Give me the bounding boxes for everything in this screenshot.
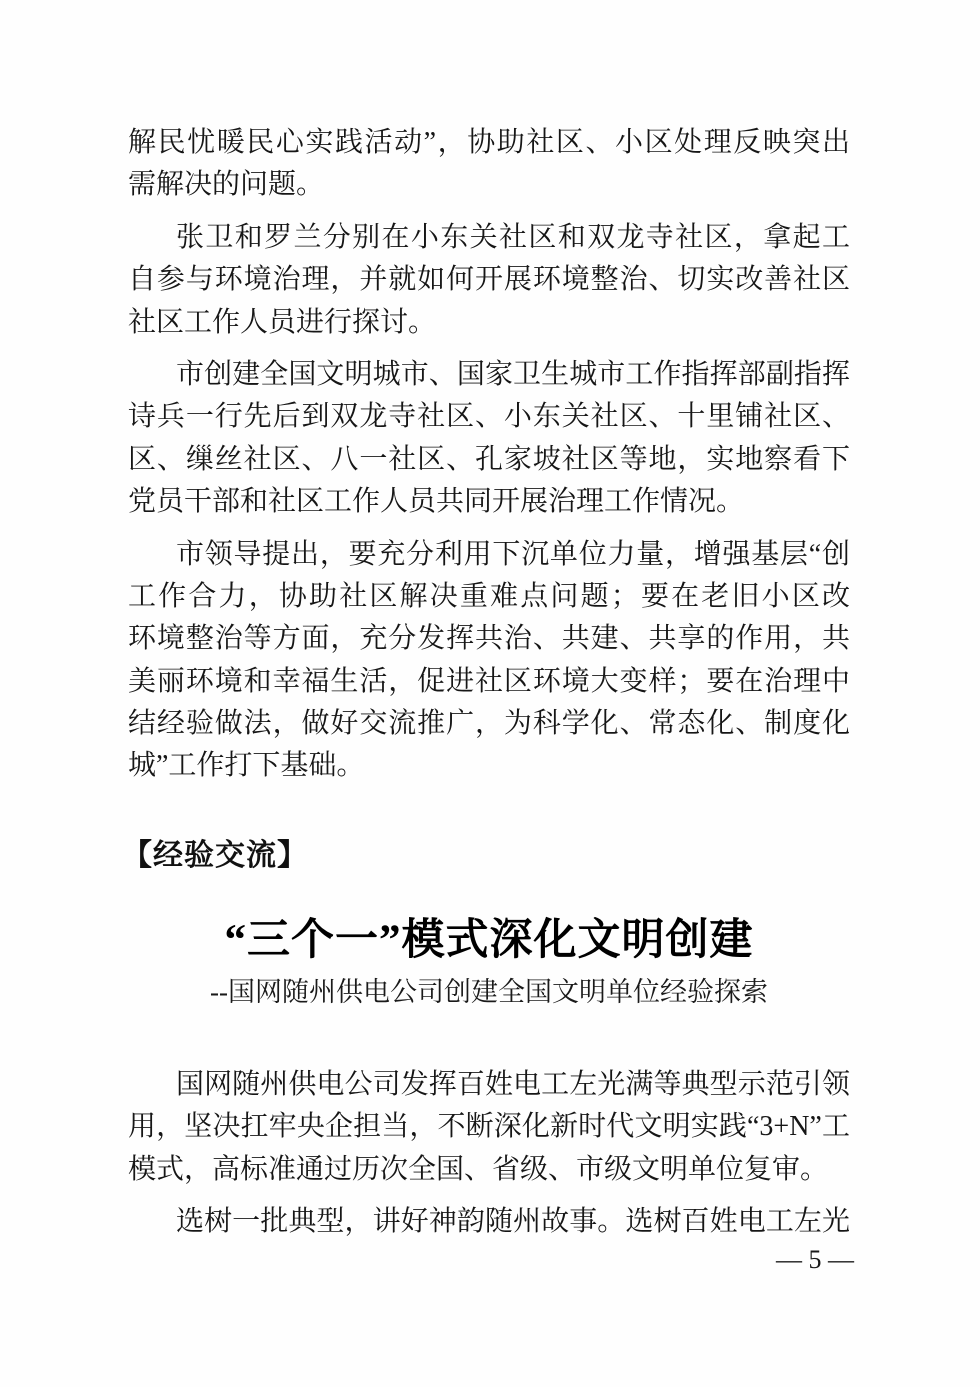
text-line: 选树一批典型，讲好神韵随州故事。选树百姓电工左光满、 (128, 1201, 850, 1243)
section-header: 【经验交流】 (122, 836, 308, 876)
text-line: 市领导提出，要充分利用下沉单位力量，增强基层“创城” (128, 534, 850, 576)
text-line: 美丽环境和幸福生活，促进社区环境大变样；要在治理中注重总 (128, 661, 850, 703)
text-line: 解民忧暖民心实践活动”，协助社区、小区处理反映突出的、急 (128, 122, 850, 164)
article-subtitle: --国网随州供电公司创建全国文明单位经验探索 (128, 974, 850, 1011)
text-line: 区、缫丝社区、八一社区、孔家坡社区等地，实地察看下沉社区 (128, 439, 850, 481)
text-line: 环境整治等方面，充分发挥共治、共建、共享的作用，共同缔造 (128, 618, 850, 660)
text-line: 国网随州供电公司发挥百姓电工左光满等典型示范引领作 (128, 1064, 850, 1106)
text-line: 模式，高标准通过历次全国、省级、市级文明单位复审。 (128, 1149, 850, 1191)
text-line: 工作合力，协助社区解决重难点问题；要在老旧小区改造，人居 (128, 576, 850, 618)
text-line: 张卫和罗兰分别在小东关社区和双龙寺社区，拿起工具，亲 (128, 217, 850, 259)
article-title: “三个一”模式深化文明创建 (128, 913, 850, 969)
text-line: 需解决的问题。 (128, 164, 850, 206)
text-line: 结经验做法，做好交流推广，为科学化、常态化、制度化开展“创 (128, 703, 850, 745)
text-line: 党员干部和社区工作人员共同开展治理工作情况。 (128, 481, 850, 523)
text-line: 自参与环境治理，并就如何开展环境整治、切实改善社区面貌与 (128, 259, 850, 301)
document-page: 解民忧暖民心实践活动”，协助社区、小区处理反映突出的、急需解决的问题。张卫和罗兰… (0, 0, 980, 1387)
article-body-text: 国网随州供电公司发挥百姓电工左光满等典型示范引领作用，坚决扛牢央企担当，不断深化… (128, 1064, 850, 1244)
text-line: 诗兵一行先后到双龙寺社区、小东关社区、十里铺社区、裕民社 (128, 396, 850, 438)
text-line: 市创建全国文明城市、国家卫生城市工作指挥部副指挥长肖 (128, 354, 850, 396)
text-line: 城”工作打下基础。 (128, 745, 850, 787)
page-number: — 5 — (760, 1243, 870, 1277)
text-line: 用，坚决扛牢央企担当，不断深化新时代文明实践“3+N”工作 (128, 1106, 850, 1148)
continued-article-text: 解民忧暖民心实践活动”，协助社区、小区处理反映突出的、急需解决的问题。张卫和罗兰… (128, 122, 850, 788)
text-line: 社区工作人员进行探讨。 (128, 302, 850, 344)
